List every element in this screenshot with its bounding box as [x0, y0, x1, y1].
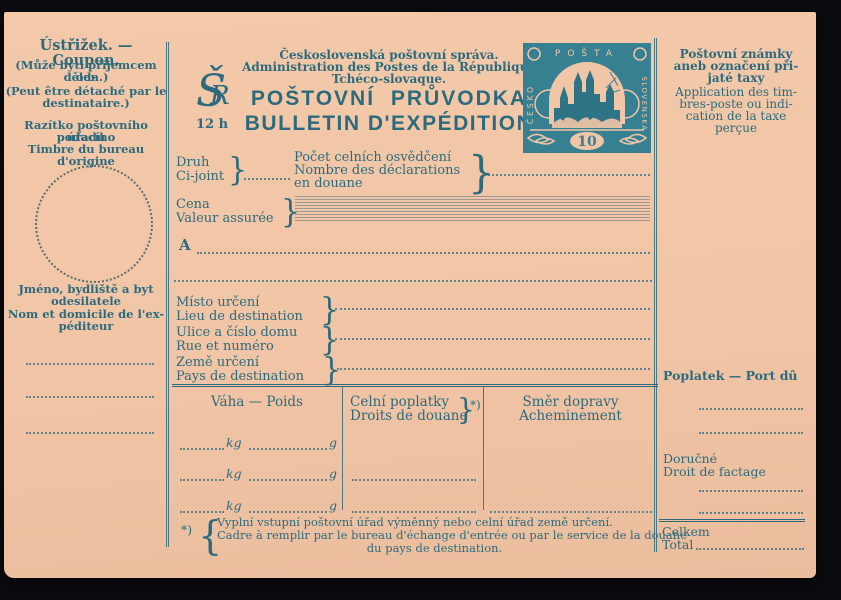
- footnote-line-fr-1: Cadre à remplir par le bureau d'échange …: [217, 529, 687, 541]
- stamps-area-label-cs-3: jaté taxy: [656, 72, 816, 85]
- total-rule: [659, 519, 805, 522]
- sender-label-cs-2: odesilatele: [4, 295, 168, 307]
- form-title-fr: BULLETIN D'EXPÉDITION: [214, 113, 564, 135]
- postage-due-write-line: [699, 408, 803, 410]
- value-guilloche-field: [295, 196, 650, 221]
- postal-form-card: Ústřižek. — Coupon. (Může býti příjemcem…: [4, 12, 816, 578]
- footnote-mark: *): [181, 523, 192, 536]
- weight-write-line: [249, 511, 327, 513]
- destination-place-cs: Místo určení: [176, 296, 259, 310]
- addressee-label: A: [179, 238, 191, 254]
- destination-place-fr: Lieu de destination: [176, 310, 303, 324]
- delivery-fee-write-line: [699, 512, 803, 514]
- destination-country-fr: Pays de destination: [176, 370, 304, 384]
- hradcany-stamp: 10 POŠTA ČESKO SLOVENSKÁ: [522, 42, 652, 154]
- postage-due-write-line: [699, 432, 803, 434]
- customs-write-line: [352, 479, 476, 481]
- declarations-brace: }: [468, 147, 495, 198]
- footnote-line-fr-2: du pays de destination.: [217, 542, 652, 554]
- kg-unit-label: kg: [226, 436, 242, 449]
- declarations-write-line: [488, 174, 650, 176]
- destination-country-cs: Země určení: [176, 356, 259, 370]
- delivery-fee-label-fr: Droit de factage: [663, 465, 766, 478]
- route-write-line: [490, 511, 652, 513]
- g-unit-label: g: [329, 436, 337, 449]
- table-top-rule: [172, 384, 658, 387]
- druh-brace: }: [228, 152, 247, 189]
- kg-unit-label: kg: [226, 467, 242, 480]
- street-number-fr: Rue et numéro: [176, 340, 274, 354]
- g-unit-label: g: [329, 467, 337, 480]
- stamp-value: 10: [577, 134, 597, 150]
- table-header-route-fr: Acheminement: [483, 409, 658, 423]
- rate-label: 12 h: [182, 118, 242, 132]
- coupon-note-fr-2: destinataire.): [4, 97, 168, 109]
- postage-due-label: Poplatek — Port dû: [663, 369, 798, 382]
- kg-unit-label: kg: [226, 499, 242, 512]
- table-header-customs-fr: Droits de douane: [350, 409, 468, 423]
- stamp-country-right: SLOVENSKÁ: [640, 76, 649, 131]
- street-number-cs: Ulice a číslo domu: [176, 326, 297, 340]
- sender-write-line: [26, 396, 154, 398]
- footnote-line-cs: Vyplní vstupní poštovní úřad výměnný neb…: [217, 516, 613, 528]
- weight-write-line: [249, 448, 327, 450]
- weight-write-line: [180, 448, 224, 450]
- addressee-write-line: [174, 280, 652, 282]
- monogram-letter-r: R: [209, 81, 230, 111]
- stamp-posta-label: POŠTA: [555, 47, 619, 59]
- table-header-customs-footnote-mark: *): [470, 399, 481, 412]
- stamps-area-label-fr-4: perçue: [656, 122, 816, 135]
- sender-write-line: [26, 363, 154, 365]
- divider-coupon: [166, 42, 169, 547]
- sender-write-line: [26, 432, 154, 434]
- g-unit-label: g: [329, 499, 337, 512]
- customs-write-line: [352, 511, 476, 513]
- druh-label-fr: Ci-joint: [176, 170, 224, 184]
- weight-write-line: [180, 479, 224, 481]
- value-label-fr: Valeur assurée: [176, 212, 274, 226]
- street-number-write-line: [335, 338, 650, 340]
- form-title-cs: POŠTOVNÍ PRŮVODKA: [214, 88, 564, 110]
- sender-label-fr-2: péditeur: [4, 320, 168, 332]
- table-column-separator: [342, 387, 343, 510]
- druh-write-line: [244, 178, 290, 180]
- value-label-cs: Cena: [176, 198, 210, 212]
- declarations-label-fr-2: en douane: [294, 177, 363, 191]
- coupon-note-cs-2: dělen.): [4, 71, 168, 83]
- destination-place-write-line: [335, 308, 650, 310]
- total-label-fr: Total: [662, 538, 693, 551]
- delivery-fee-write-line: [699, 490, 803, 492]
- administration-line-fr-2: Tchéco-slovaque.: [204, 73, 574, 86]
- total-write-line: [696, 548, 804, 550]
- coupon-postmark-label-fr: Timbre du bureau d'origine: [4, 143, 168, 167]
- table-header-weight: Váha — Poids: [172, 395, 342, 409]
- csr-monogram: Š R: [182, 64, 242, 116]
- druh-label-cs: Druh: [176, 156, 209, 170]
- postmark-circle: [35, 165, 153, 283]
- addressee-write-line: [197, 252, 650, 254]
- weight-write-line: [249, 479, 327, 481]
- destination-country-write-line: [337, 368, 650, 370]
- stamp-country-left: ČESKO: [526, 84, 535, 124]
